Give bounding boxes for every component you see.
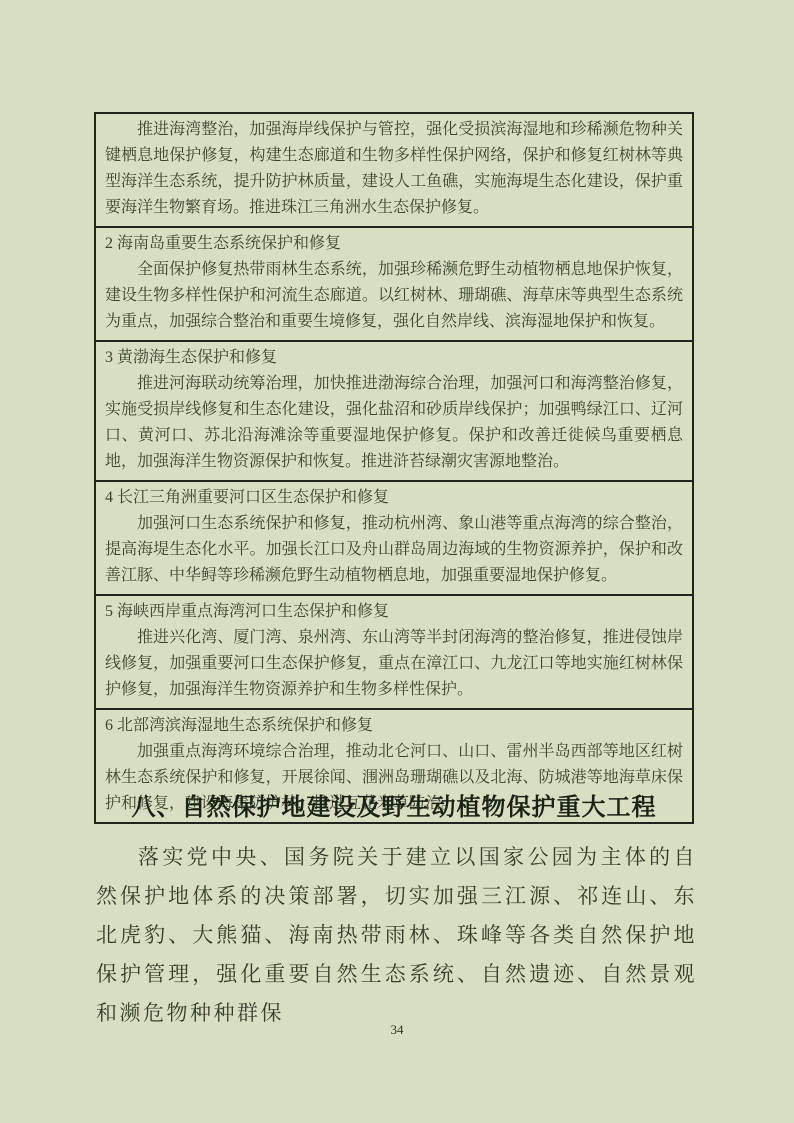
row-body: 推进兴化湾、厦门湾、泉州湾、东山湾等半封闭海湾的整治修复，推进侵蚀岸线修复，加强… xyxy=(105,625,683,703)
section-paragraph: 落实党中央、国务院关于建立以国家公园为主体的自然保护地体系的决策部署，切实加强三… xyxy=(96,838,697,1033)
row-body: 推进海湾整治，加强海岸线保护与管控，强化受损滨海湿地和珍稀濒危物种关键栖息地保护… xyxy=(105,117,683,221)
ecology-projects-table: 推进海湾整治，加强海岸线保护与管控，强化受损滨海湿地和珍稀濒危物种关键栖息地保护… xyxy=(94,112,694,824)
row-heading: 2 海南岛重要生态系统保护和修复 xyxy=(105,231,683,257)
table-row: 推进海湾整治，加强海岸线保护与管控，强化受损滨海湿地和珍稀濒危物种关键栖息地保护… xyxy=(96,114,692,226)
row-heading: 6 北部湾滨海湿地生态系统保护和修复 xyxy=(105,713,683,739)
row-heading: 3 黄渤海生态保护和修复 xyxy=(105,345,683,371)
row-heading: 4 长江三角洲重要河口区生态保护和修复 xyxy=(105,485,683,511)
row-body: 加强河口生态系统保护和修复，推动杭州湾、象山港等重点海湾的综合整治，提高海堤生态… xyxy=(105,511,683,589)
table-row: 3 黄渤海生态保护和修复 推进河海联动统筹治理，加快推进渤海综合治理，加强河口和… xyxy=(96,340,692,480)
row-heading: 5 海峡西岸重点海湾河口生态保护和修复 xyxy=(105,599,683,625)
table-row: 2 海南岛重要生态系统保护和修复 全面保护修复热带雨林生态系统，加强珍稀濒危野生… xyxy=(96,226,692,340)
row-body: 全面保护修复热带雨林生态系统，加强珍稀濒危野生动植物栖息地保护恢复，建设生物多样… xyxy=(105,257,683,335)
document-page: 推进海湾整治，加强海岸线保护与管控，强化受损滨海湿地和珍稀濒危物种关键栖息地保护… xyxy=(0,0,794,1123)
table-row: 4 长江三角洲重要河口区生态保护和修复 加强河口生态系统保护和修复，推动杭州湾、… xyxy=(96,480,692,594)
section-title: 八、自然保护地建设及野生动植物保护重大工程 xyxy=(94,792,694,824)
table-row: 5 海峡西岸重点海湾河口生态保护和修复 推进兴化湾、厦门湾、泉州湾、东山湾等半封… xyxy=(96,594,692,708)
page-number: 34 xyxy=(0,1022,794,1038)
row-body: 推进河海联动统筹治理，加快推进渤海综合治理，加强河口和海湾整治修复，实施受损岸线… xyxy=(105,371,683,475)
